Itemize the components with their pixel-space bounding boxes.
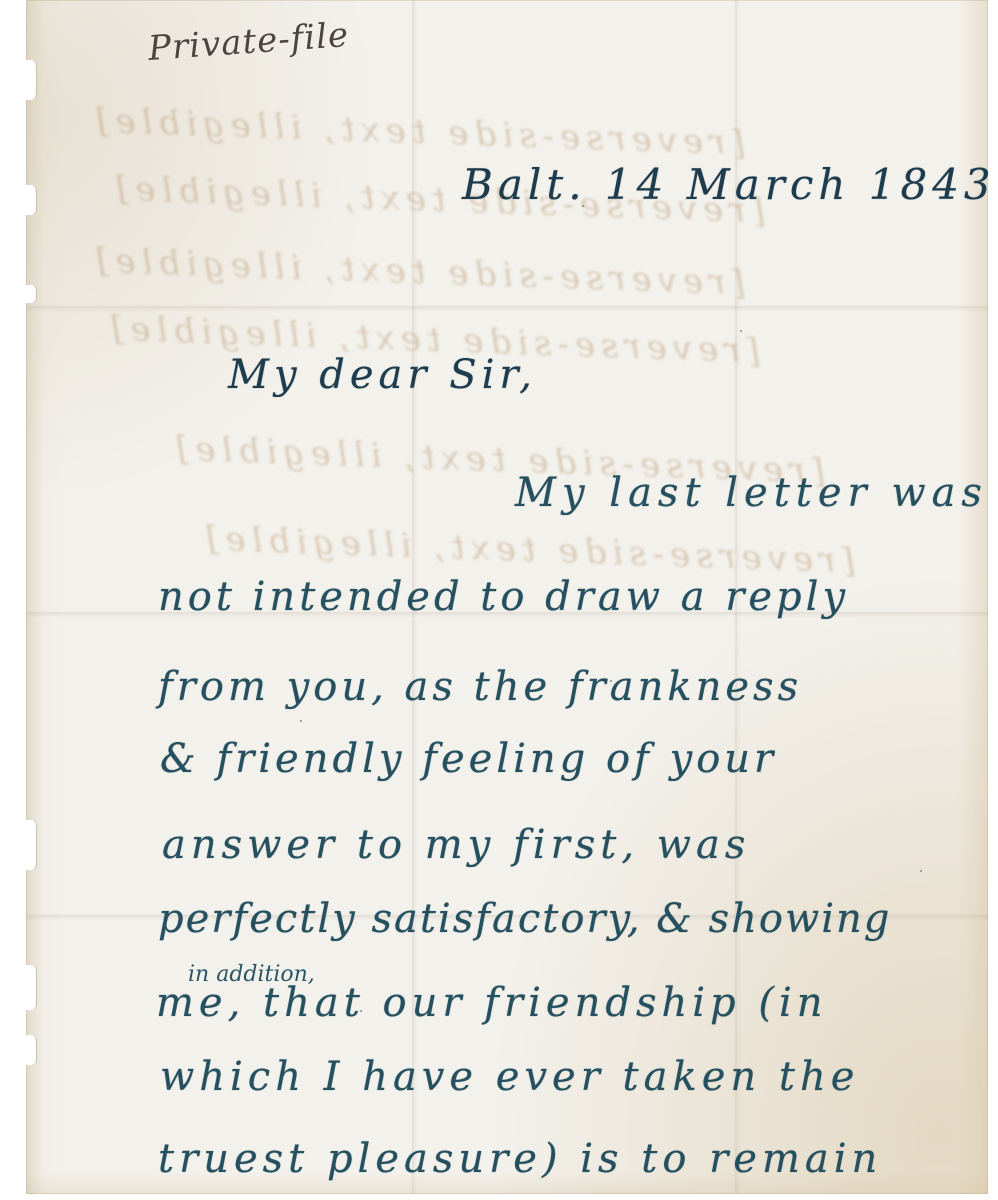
paper-speck (582, 205, 584, 207)
paper-speck (360, 1010, 362, 1012)
body-line: me, that our friendship (in (156, 980, 828, 1026)
paper-speck (740, 330, 742, 332)
body-line: truest pleasure) is to remain (158, 1136, 882, 1182)
torn-edge-notch (22, 965, 37, 1010)
paper-speck (920, 870, 922, 872)
dateline: Balt. 14 March 1843. (462, 160, 998, 209)
body-line: My last letter was (515, 470, 988, 516)
body-line: from you, as the frankness (158, 664, 802, 710)
body-line: & friendly feeling of your (160, 736, 777, 782)
body-line: not intended to draw a reply (158, 574, 849, 620)
salutation: My dear Sir, (228, 352, 537, 398)
torn-edge-notch (22, 1035, 37, 1065)
torn-edge-notch (22, 285, 37, 303)
torn-edge-notch (22, 60, 37, 100)
letter-scan: [reverse-side text, illegible] [reverse-… (0, 0, 998, 1200)
torn-edge-notch (22, 820, 37, 870)
paper-speck (610, 680, 612, 682)
paper-speck (300, 720, 302, 722)
body-line: which I have ever taken the (160, 1054, 859, 1100)
body-line: perfectly satisfactory, & showing (158, 896, 891, 942)
body-line: answer to my first, was (162, 822, 750, 868)
fold-crease-horizontal (26, 306, 988, 308)
torn-edge-notch (22, 185, 37, 215)
